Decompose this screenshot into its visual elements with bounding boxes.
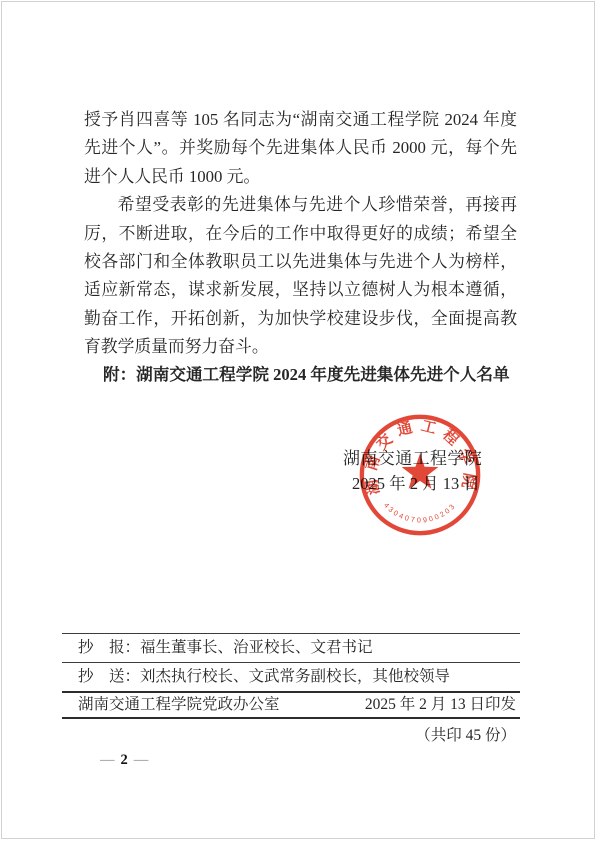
copies-note: （共印 45 份） <box>62 719 520 745</box>
page-number: —2— <box>100 751 148 769</box>
body-paragraph-1: 授予肖四喜等 105 名同志为“湖南交通工程学院 2024 年度先进个人”。并奖… <box>84 106 517 191</box>
page-number-dash-right: — <box>134 752 149 768</box>
copy-send-label: 抄 送： <box>78 668 140 685</box>
print-date: 2025 年 2 月 13 日印发 <box>365 695 516 714</box>
document-page: 授予肖四喜等 105 名同志为“湖南交通工程学院 2024 年度先进个人”。并奖… <box>0 0 599 844</box>
official-seal-stamp: 湖南交通工程学院 4304070900203 <box>357 412 483 538</box>
copy-send-row: 抄 送：刘杰执行校长、文武常务副校长，其他校领导 <box>62 662 520 691</box>
seal-star-icon <box>402 454 439 489</box>
seal-serial-holder: 4304070900203 <box>382 501 458 525</box>
issuer-row: 湖南交通工程学院党政办公室 2025 年 2 月 13 日印发 <box>62 691 520 719</box>
page-number-dash-left: — <box>100 752 115 768</box>
copy-report-label: 抄 报： <box>78 639 140 656</box>
body-paragraph-2: 希望受表彰的先进集体与先进个人珍惜荣誉，再接再厉，不断进取，在今后的工作中取得更… <box>84 191 517 361</box>
document-footer: 抄 报：福生董事长、治亚校长、文君书记 抄 送：刘杰执行校长、文武常务副校长，其… <box>62 633 520 745</box>
copy-report-row: 抄 报：福生董事长、治亚校长、文君书记 <box>62 633 520 662</box>
document-body: 授予肖四喜等 105 名同志为“湖南交通工程学院 2024 年度先进个人”。并奖… <box>84 106 517 362</box>
attachment-line: 附：湖南交通工程学院 2024 年度先进集体先进个人名单 <box>84 362 517 388</box>
page-number-value: 2 <box>115 752 134 768</box>
issuer-name: 湖南交通工程学院党政办公室 <box>78 695 280 714</box>
copy-send-value: 刘杰执行校长、文武常务副校长，其他校领导 <box>140 668 450 685</box>
copy-report-value: 福生董事长、治亚校长、文君书记 <box>140 639 373 656</box>
seal-serial-number: 4304070900203 <box>382 501 458 525</box>
